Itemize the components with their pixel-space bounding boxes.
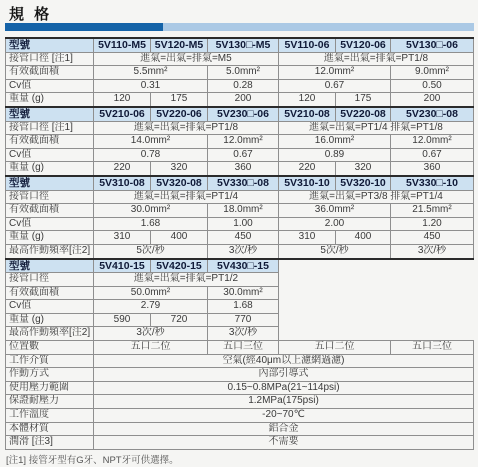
spec-cell: 1.68 — [94, 217, 208, 231]
spec-cell: 空氣(經40μm以上濾網過濾) — [94, 354, 474, 368]
spec-cell: 18.0mm² — [208, 204, 279, 218]
spec-cell: 200 — [208, 93, 279, 107]
table-row: Cv值1.681.002.001.20 — [6, 217, 474, 231]
spec-cell: 120 — [279, 93, 336, 107]
spec-cell: 1.2MPa(175psi) — [94, 395, 474, 409]
spec-cell: 5V330□-08 — [208, 176, 279, 190]
spec-cell: 5V330□-10 — [391, 176, 474, 190]
spec-cell: 五口三位 — [391, 341, 474, 355]
table-row: 接管口徑進氣=出氣=排氣=PT1/2 — [6, 273, 474, 287]
spec-cell: 310 — [94, 231, 151, 245]
spec-cell: 310 — [279, 231, 336, 245]
spec-cell: 5V430□-15 — [208, 259, 279, 273]
spec-cell: 360 — [208, 162, 279, 176]
row-label: 位置數 — [6, 341, 94, 355]
spec-cell: 0.15~0.8MPa(21~114psi) — [94, 381, 474, 395]
title-underline-bar-accent — [5, 23, 163, 31]
spec-cell: 5次/秒 — [279, 244, 391, 258]
spec-cell: 5V320-08 — [151, 176, 208, 190]
row-label: 重量 (g) — [6, 313, 94, 327]
row-label: 型號 — [6, 107, 94, 121]
spec-cell: 5V110-06 — [279, 38, 336, 52]
row-label: 有效截面積 — [6, 66, 94, 80]
title-underline-bar — [5, 23, 474, 31]
spec-cell: 36.0mm² — [279, 204, 391, 218]
table-row: 重量 (g)310400450310400450 — [6, 231, 474, 245]
spec-cell: 5.5mm² — [94, 66, 208, 80]
row-label: Cv值 — [6, 79, 94, 93]
model-header-row: 型號5V410-155V420-155V430□-15 — [6, 259, 474, 273]
table-row: Cv值0.780.670.890.67 — [6, 148, 474, 162]
table-row: 接管口徑 [注1]進氣=出氣=排氣=PT1/8進氣=出氣=PT1/4 排氣=PT… — [6, 121, 474, 135]
row-label: 型號 — [6, 38, 94, 52]
empty-cell — [279, 273, 474, 287]
spec-cell: 14.0mm² — [94, 135, 208, 149]
row-label: 工作溫度 — [6, 409, 94, 423]
table-row: 有效截面積5.5mm²5.0mm²12.0mm²9.0mm² — [6, 66, 474, 80]
table-row: 位置數五口二位五口三位五口二位五口三位 — [6, 341, 474, 355]
spec-cell: 鋁合金 — [94, 422, 474, 436]
spec-table-body: 型號5V110-M55V120-M55V130□-M55V110-065V120… — [6, 38, 474, 449]
spec-cell: 進氣=出氣=PT1/4 排氣=PT1/8 — [279, 121, 474, 135]
spec-cell: 0.50 — [391, 79, 474, 93]
spec-cell: 220 — [279, 162, 336, 176]
spec-cell: 3次/秒 — [208, 244, 279, 258]
spec-cell: 12.0mm² — [208, 135, 279, 149]
spec-cell: 5V210-06 — [94, 107, 151, 121]
spec-cell: 5次/秒 — [94, 244, 208, 258]
spec-cell: 五口三位 — [208, 341, 279, 355]
row-label: 工作介質 — [6, 354, 94, 368]
spec-cell: 1.68 — [208, 300, 279, 314]
spec-cell: 9.0mm² — [391, 66, 474, 80]
spec-cell: 3次/秒 — [94, 327, 208, 341]
spec-cell: 5V130□-06 — [391, 38, 474, 52]
row-label: 最高作動頻率[注2] — [6, 327, 94, 341]
empty-cell — [279, 259, 474, 273]
spec-cell: 1.00 — [208, 217, 279, 231]
spec-cell: 16.0mm² — [279, 135, 391, 149]
spec-cell: -20~70℃ — [94, 409, 474, 423]
spec-cell: 0.67 — [279, 79, 391, 93]
table-row: 最高作動頻率[注2]5次/秒3次/秒5次/秒3次/秒 — [6, 244, 474, 258]
spec-cell: 450 — [391, 231, 474, 245]
spec-cell: 5V410-15 — [94, 259, 151, 273]
spec-cell: 220 — [94, 162, 151, 176]
spec-cell: 5V120-06 — [336, 38, 391, 52]
table-row: 本體材質鋁合金 — [6, 422, 474, 436]
table-row: 使用壓力範圍0.15~0.8MPa(21~114psi) — [6, 381, 474, 395]
spec-cell: 5V230□-06 — [208, 107, 279, 121]
spec-cell: 50.0mm² — [94, 286, 208, 300]
row-label: 接管口徑 — [6, 190, 94, 204]
model-header-row: 型號5V310-085V320-085V330□-085V310-105V320… — [6, 176, 474, 190]
spec-cell: 0.78 — [94, 148, 208, 162]
page-title: 規 格 — [9, 3, 52, 24]
spec-cell: 2.00 — [279, 217, 391, 231]
table-row: 工作介質空氣(經40μm以上濾網過濾) — [6, 354, 474, 368]
spec-cell: 5V210-08 — [279, 107, 336, 121]
spec-cell: 5V130□-M5 — [208, 38, 279, 52]
spec-cell: 12.0mm² — [391, 135, 474, 149]
spec-cell: 3次/秒 — [391, 244, 474, 258]
spec-cell: 5V110-M5 — [94, 38, 151, 52]
row-label: 接管口徑 — [6, 273, 94, 287]
table-row: 接管口徑 [注1]進氣=出氣=排氣=M5進氣=出氣=排氣=PT1/8 — [6, 52, 474, 66]
spec-cell: 不需要 — [94, 436, 474, 450]
spec-cell: 400 — [151, 231, 208, 245]
spec-cell: 320 — [151, 162, 208, 176]
spec-cell: 5V120-M5 — [151, 38, 208, 52]
table-row: 保證耐壓力1.2MPa(175psi) — [6, 395, 474, 409]
spec-cell: 30.0mm² — [208, 286, 279, 300]
spec-cell: 5V310-10 — [279, 176, 336, 190]
row-label: 重量 (g) — [6, 93, 94, 107]
spec-cell: 175 — [151, 93, 208, 107]
spec-cell: 五口二位 — [279, 341, 391, 355]
spec-table: 型號5V110-M55V120-M55V130□-M55V110-065V120… — [5, 37, 474, 450]
empty-cell — [279, 286, 474, 300]
table-row: 有效截面積50.0mm²30.0mm² — [6, 286, 474, 300]
row-label: Cv值 — [6, 217, 94, 231]
spec-cell: 0.67 — [391, 148, 474, 162]
spec-cell: 5V220-08 — [336, 107, 391, 121]
table-row: 重量 (g)590720770 — [6, 313, 474, 327]
spec-cell: 120 — [94, 93, 151, 107]
table-row: 潤滑 [注3]不需要 — [6, 436, 474, 450]
row-label: 接管口徑 [注1] — [6, 52, 94, 66]
table-row: 重量 (g)220320360220320360 — [6, 162, 474, 176]
spec-cell: 5V220-06 — [151, 107, 208, 121]
spec-cell: 5V310-08 — [94, 176, 151, 190]
model-header-row: 型號5V210-065V220-065V230□-065V210-085V220… — [6, 107, 474, 121]
spec-cell: 12.0mm² — [279, 66, 391, 80]
spec-cell: 21.5mm² — [391, 204, 474, 218]
table-row: Cv值2.791.68 — [6, 300, 474, 314]
table-row: 有效截面積14.0mm²12.0mm²16.0mm²12.0mm² — [6, 135, 474, 149]
row-label: 使用壓力範圍 — [6, 381, 94, 395]
spec-cell: 5V320-10 — [336, 176, 391, 190]
spec-cell: 進氣=出氣=排氣=M5 — [94, 52, 279, 66]
spec-cell: 590 — [94, 313, 151, 327]
table-row: Cv值0.310.280.670.50 — [6, 79, 474, 93]
table-row: 最高作動頻率[注2]3次/秒3次/秒 — [6, 327, 474, 341]
table-row: 有效截面積30.0mm²18.0mm²36.0mm²21.5mm² — [6, 204, 474, 218]
spec-cell: 5V420-15 — [151, 259, 208, 273]
spec-cell: 770 — [208, 313, 279, 327]
spec-cell: 720 — [151, 313, 208, 327]
row-label: 作動方式 — [6, 368, 94, 382]
row-label: 接管口徑 [注1] — [6, 121, 94, 135]
spec-cell: 320 — [336, 162, 391, 176]
row-label: 保證耐壓力 — [6, 395, 94, 409]
spec-cell: 400 — [336, 231, 391, 245]
spec-cell: 2.79 — [94, 300, 208, 314]
table-row: 作動方式內部引導式 — [6, 368, 474, 382]
spec-cell: 450 — [208, 231, 279, 245]
row-label: 重量 (g) — [6, 231, 94, 245]
row-label: 型號 — [6, 176, 94, 190]
row-label: 有效截面積 — [6, 286, 94, 300]
spec-cell: 0.31 — [94, 79, 208, 93]
spec-cell: 30.0mm² — [94, 204, 208, 218]
spec-cell: 進氣=出氣=排氣=PT1/8 — [94, 121, 279, 135]
row-label: 有效截面積 — [6, 135, 94, 149]
spec-cell: 進氣=出氣=PT3/8 排氣=PT1/4 — [279, 190, 474, 204]
row-label: 最高作動頻率[注2] — [6, 244, 94, 258]
row-label: Cv值 — [6, 300, 94, 314]
spec-cell: 1.20 — [391, 217, 474, 231]
empty-cell — [279, 300, 474, 314]
empty-cell — [279, 327, 474, 341]
spec-cell: 200 — [391, 93, 474, 107]
row-label: 重量 (g) — [6, 162, 94, 176]
spec-cell: 5.0mm² — [208, 66, 279, 80]
model-header-row: 型號5V110-M55V120-M55V130□-M55V110-065V120… — [6, 38, 474, 52]
spec-cell: 進氣=出氣=排氣=PT1/8 — [279, 52, 474, 66]
row-label: 潤滑 [注3] — [6, 436, 94, 450]
spec-cell: 0.67 — [208, 148, 279, 162]
spec-cell: 5V230□-08 — [391, 107, 474, 121]
table-row: 接管口徑進氣=出氣=排氣=PT1/4進氣=出氣=PT3/8 排氣=PT1/4 — [6, 190, 474, 204]
row-label: 有效截面積 — [6, 204, 94, 218]
footnote: [注1] 接管牙型有G牙、NPT牙可供選擇。 — [6, 452, 179, 466]
empty-cell — [279, 313, 474, 327]
spec-cell: 3次/秒 — [208, 327, 279, 341]
table-row: 重量 (g)120175200120175200 — [6, 93, 474, 107]
row-label: 本體材質 — [6, 422, 94, 436]
spec-cell: 175 — [336, 93, 391, 107]
spec-cell: 360 — [391, 162, 474, 176]
spec-cell: 五口二位 — [94, 341, 208, 355]
spec-cell: 進氣=出氣=排氣=PT1/4 — [94, 190, 279, 204]
spec-cell: 0.89 — [279, 148, 391, 162]
spec-cell: 0.28 — [208, 79, 279, 93]
row-label: 型號 — [6, 259, 94, 273]
row-label: Cv值 — [6, 148, 94, 162]
spec-cell: 內部引導式 — [94, 368, 474, 382]
table-row: 工作溫度-20~70℃ — [6, 409, 474, 423]
spec-cell: 進氣=出氣=排氣=PT1/2 — [94, 273, 279, 287]
